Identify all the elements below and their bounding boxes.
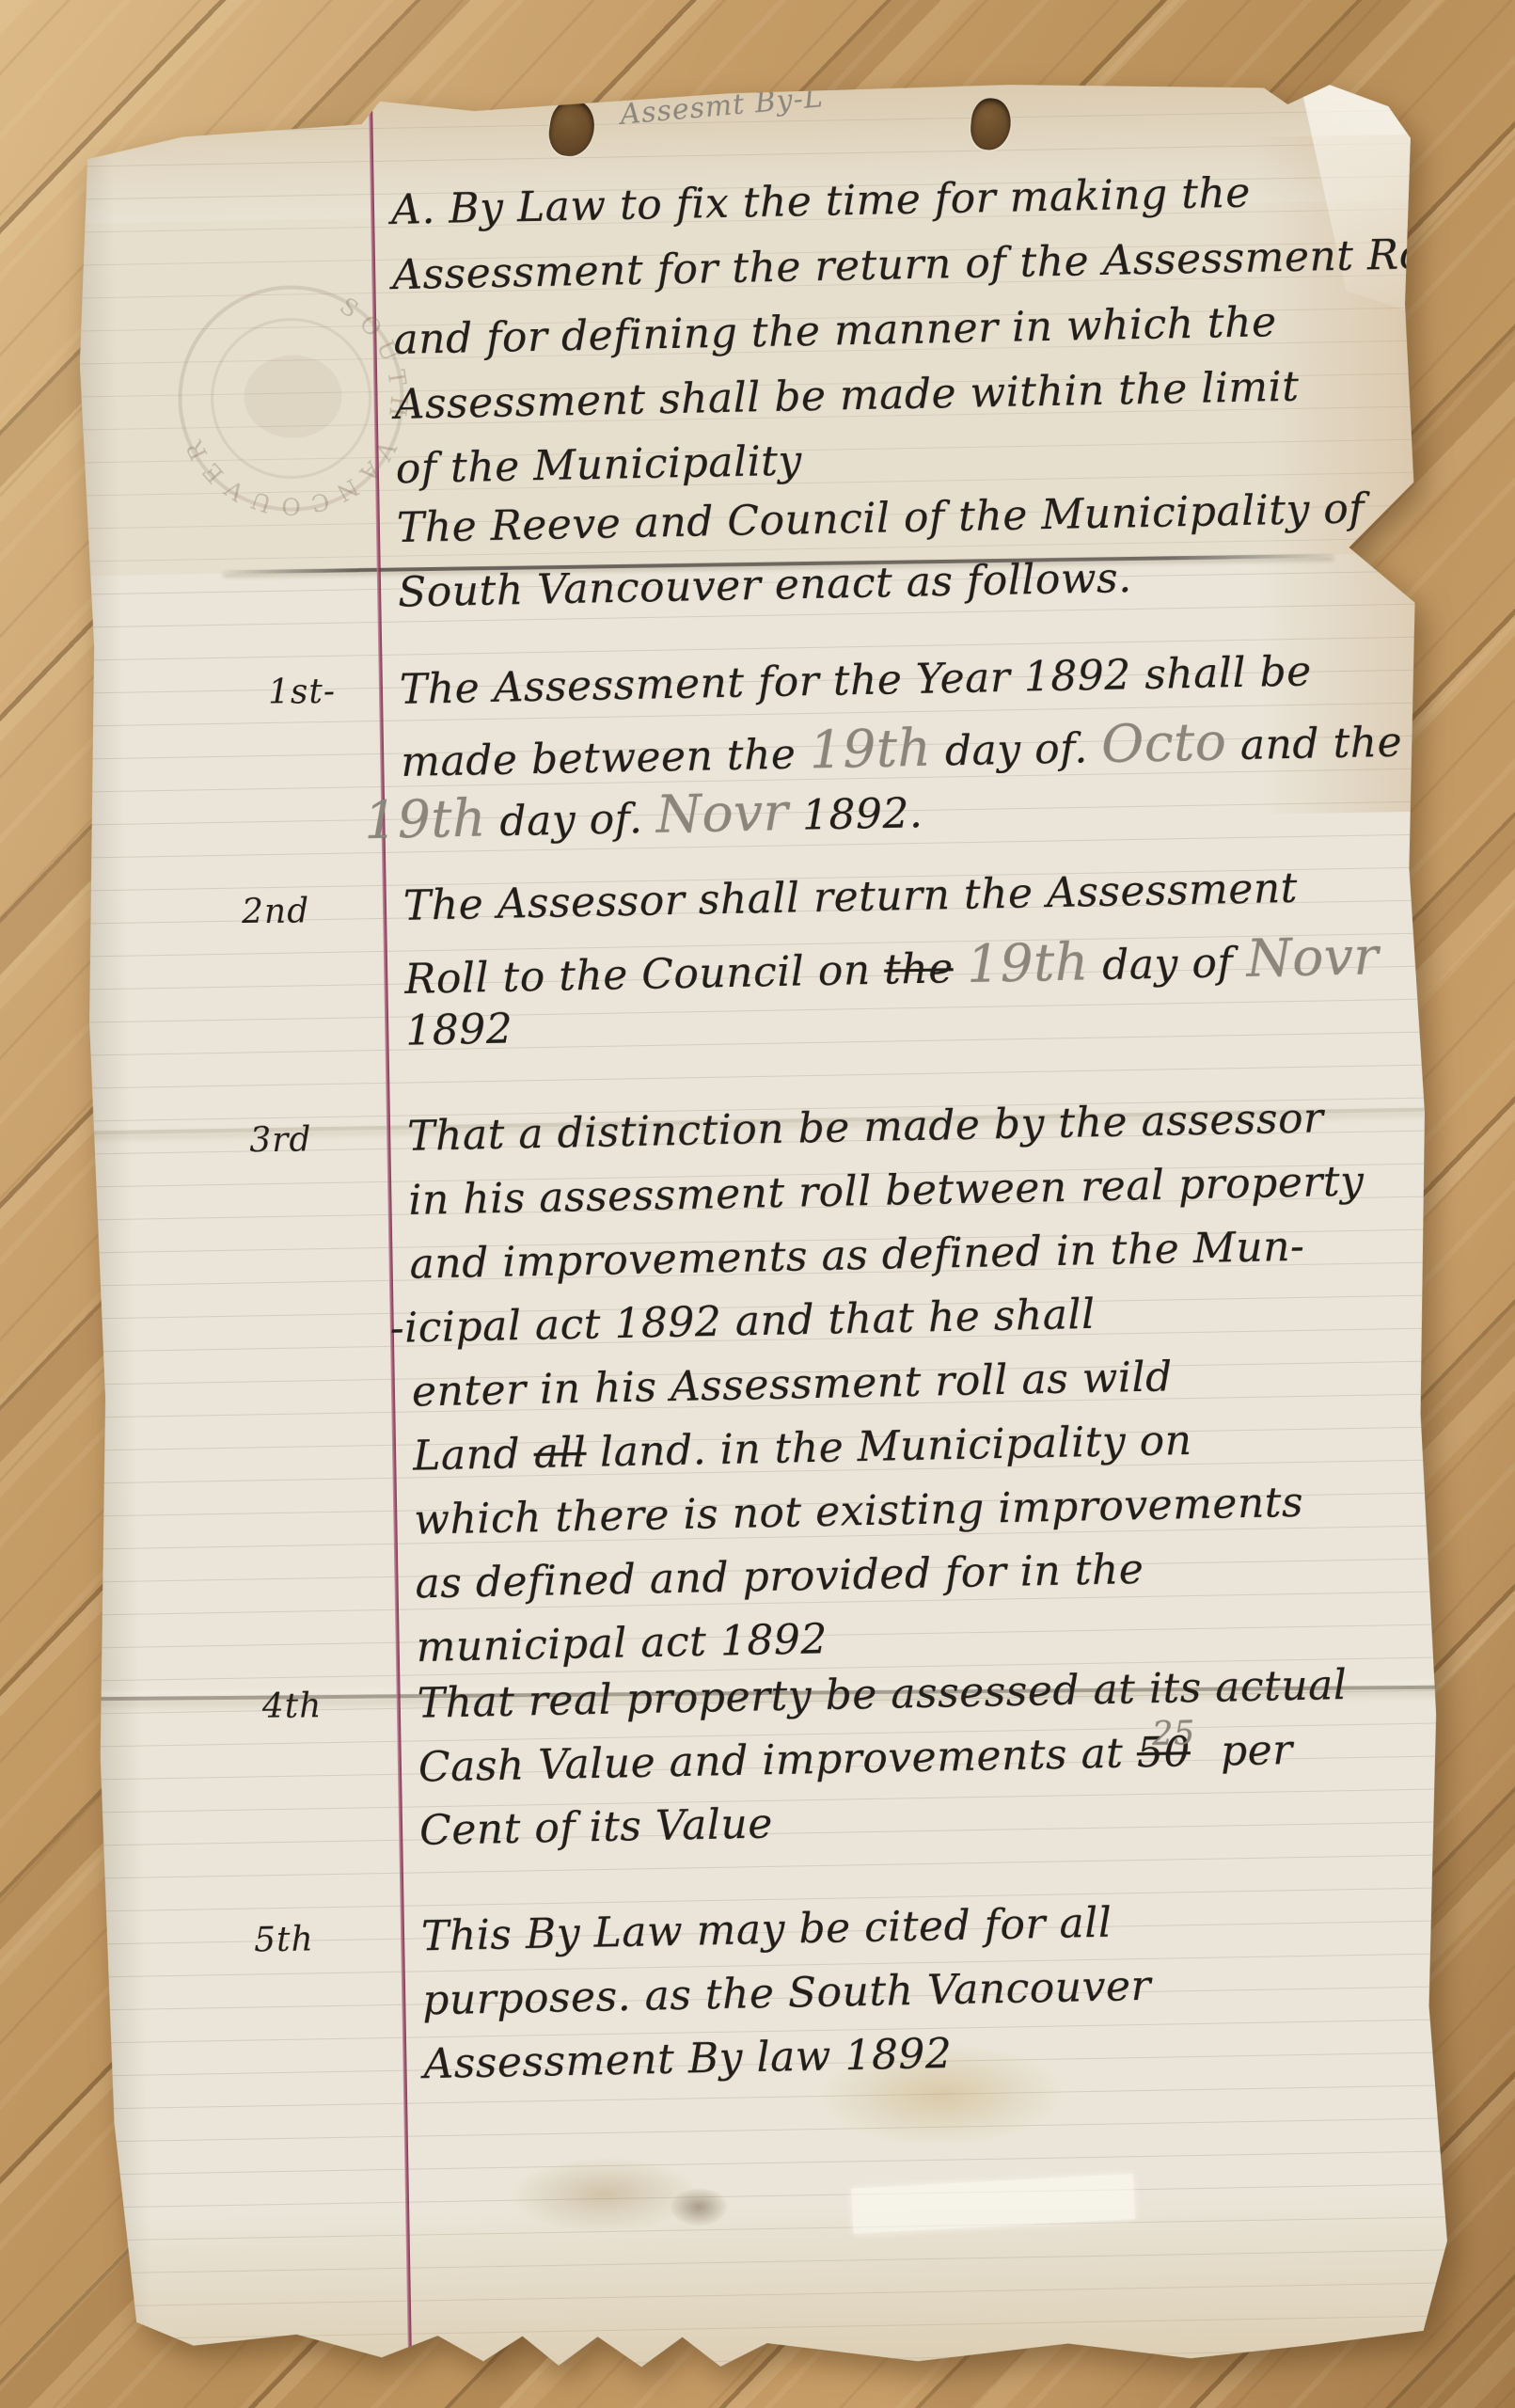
text-line: The Assessor shall return the Assessment (402, 864, 1298, 930)
text-segment: day of. (485, 795, 656, 847)
text-segment: The Assessor shall return the Assessment (402, 864, 1298, 930)
text-segment: made between the (401, 730, 811, 786)
text-line: This By Law may be cited for all (421, 1899, 1113, 1961)
text-segment: enter in his Assessment roll as wild (411, 1353, 1173, 1416)
text-line: Assessment shall be made within the limi… (394, 363, 1300, 429)
text-segment: the (884, 944, 955, 993)
text-line: and improvements as defined in the Mun- (409, 1223, 1305, 1289)
document-paper: SOUTH VANCOUVER Assesmt By-L A. By Law t… (70, 78, 1449, 2378)
text-segment: per (1207, 1726, 1293, 1776)
text-segment: The Assessment for the Year 1892 shall b… (399, 647, 1312, 713)
text-segment: purposes. as the South Vancouver (422, 1962, 1152, 2025)
text-segment: That real property be assessed at its ac… (417, 1661, 1348, 1728)
text-segment (953, 944, 968, 992)
text-segment: That a distinction be made by the assess… (407, 1094, 1324, 1161)
text-line: 1892 (405, 1005, 513, 1054)
text-segment: 19th (966, 931, 1089, 994)
text-line: -icipal act 1892 and that he shall (389, 1291, 1096, 1353)
text-segment: day of. (931, 724, 1102, 776)
manuscript-text: A. By Law to fix the time for making the… (70, 78, 1449, 2378)
text-segment: in his assessment roll between real prop… (408, 1157, 1365, 1224)
text-segment: This By Law may be cited for all (421, 1899, 1113, 1961)
text-segment: Land (413, 1430, 534, 1481)
text-line: purposes. as the South Vancouver (422, 1962, 1152, 2025)
text-line: enter in his Assessment roll as wild (411, 1353, 1173, 1416)
text-segment: 19th (809, 718, 932, 781)
text-segment: -icipal act 1892 and that he shall (389, 1291, 1096, 1353)
text-segment: and improvements as defined in the Mun- (409, 1223, 1305, 1289)
text-segment: as defined and provided for in the (415, 1545, 1144, 1608)
text-segment: 1892 (405, 1005, 513, 1054)
text-segment: which there is not existing improvements (414, 1479, 1304, 1545)
text-segment: all (533, 1429, 587, 1478)
item-marker: 3rd (249, 1120, 312, 1160)
text-segment: South Vancouver enact as follows. (398, 554, 1132, 617)
text-segment: land. in the Municipality on (586, 1417, 1192, 1477)
text-segment: Roll to the Council on (404, 946, 885, 1004)
item-marker: 5th (254, 1920, 314, 1959)
text-line: of the Municipality (395, 437, 802, 494)
text-segment: 25 (1152, 1714, 1196, 1753)
text-segment: and the (1226, 719, 1403, 770)
text-segment: Octo (1101, 711, 1227, 774)
text-line: That a distinction be made by the assess… (407, 1094, 1324, 1161)
text-segment: Cent of its Value (419, 1799, 774, 1855)
text-line: Assessment for the return of the Assessm… (392, 230, 1452, 300)
text-segment: day of (1088, 939, 1247, 990)
item-marker: 1st- (268, 673, 337, 712)
text-segment: of the Municipality (395, 437, 802, 494)
text-line: 19th day of. Novr 1892. (364, 779, 923, 850)
text-segment: The Reeve and Council of the Municipalit… (396, 484, 1365, 552)
item-marker: 4th (261, 1687, 322, 1726)
text-segment: A. By Law to fix the time for making the (391, 169, 1252, 234)
text-line: which there is not existing improvements (414, 1479, 1304, 1545)
text-segment: municipal act 1892 (416, 1615, 828, 1671)
text-segment: Novr (1246, 926, 1380, 989)
text-segment: Novr (655, 782, 789, 845)
text-line: Roll to the Council on the 19th day of N… (404, 926, 1380, 1006)
text-segment: 1892. (788, 789, 923, 840)
text-line: municipal act 1892 (416, 1615, 828, 1671)
text-segment: Assessment shall be made within the limi… (394, 363, 1300, 429)
text-line: South Vancouver enact as follows. (398, 554, 1132, 617)
text-line: in his assessment roll between real prop… (408, 1157, 1365, 1224)
text-line: The Assessment for the Year 1892 shall b… (399, 647, 1312, 713)
text-line: The Reeve and Council of the Municipalit… (396, 484, 1365, 552)
text-line: That real property be assessed at its ac… (417, 1661, 1348, 1728)
text-segment: Cash Value and improvements at (418, 1729, 1137, 1791)
text-segment: 19th (364, 787, 487, 850)
item-marker: 2nd (242, 892, 310, 931)
text-line: Land all land. in the Municipality on (413, 1417, 1192, 1481)
text-line: Cent of its Value (419, 1799, 774, 1855)
text-line: and for defining the manner in which the (393, 298, 1277, 364)
text-line: Assessment By law 1892 (423, 2030, 953, 2088)
document-paper-wrapper: SOUTH VANCOUVER Assesmt By-L A. By Law t… (70, 78, 1449, 2378)
text-line: A. By Law to fix the time for making the (391, 169, 1252, 234)
text-segment: and for defining the manner in which the (393, 298, 1277, 364)
text-segment: Assessment for the return of the Assessm… (392, 230, 1452, 300)
text-line: made between the 19th day of. Octo and t… (401, 708, 1403, 788)
text-segment: Assessment By law 1892 (423, 2030, 953, 2088)
text-line: Cash Value and improvements at 5025 per (418, 1726, 1293, 1792)
text-line: as defined and provided for in the (415, 1545, 1144, 1608)
